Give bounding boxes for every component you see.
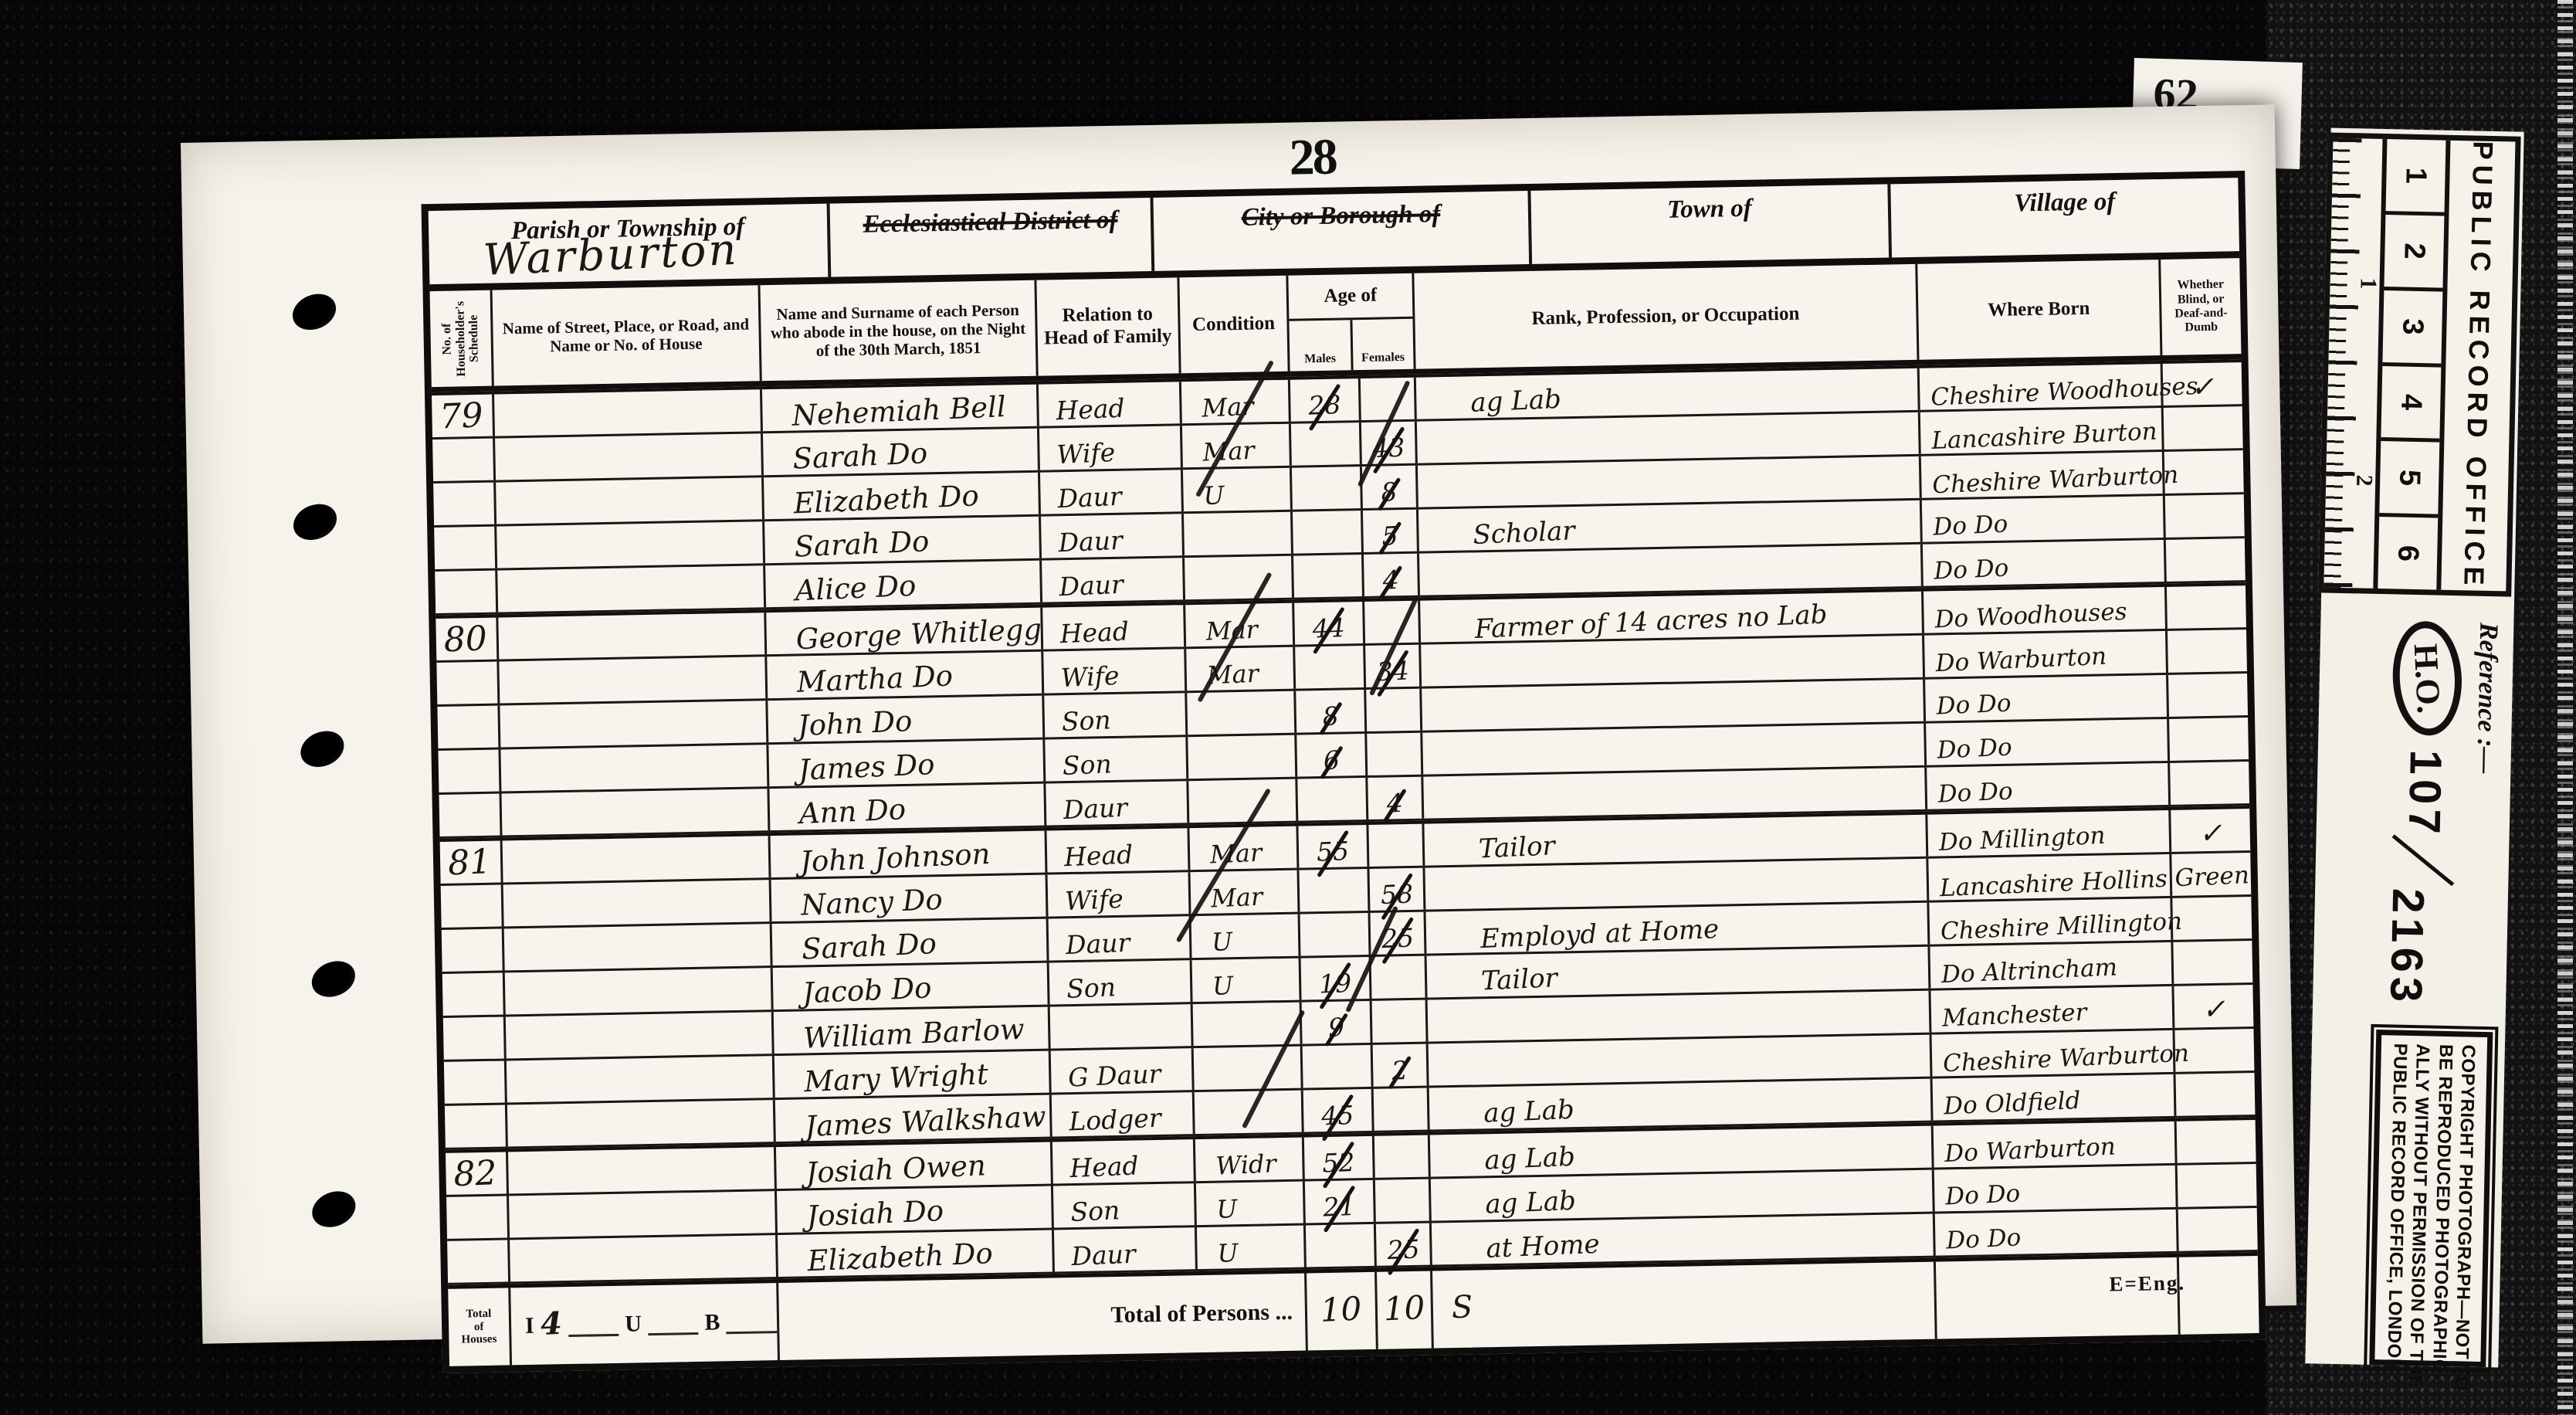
occupation-cell [1423, 768, 1927, 819]
person-name: James Walkshaw [805, 1102, 1047, 1144]
street-cell [496, 477, 764, 524]
schedule-cell: 79 [432, 395, 495, 437]
occupation-cell: Tailor [1424, 815, 1928, 866]
relation-value: Head [1063, 841, 1134, 873]
born-value: Cheshire Warburton [1932, 463, 2179, 501]
place-header-cell: Parish or Township of Warburton [429, 204, 832, 285]
street-cell [506, 1012, 774, 1058]
street-cell [501, 789, 770, 835]
schedule-number: 80 [443, 622, 488, 660]
born-value: Do Do [1937, 779, 2013, 809]
houses-count-cell: I 4 U B [510, 1283, 780, 1365]
person-name: Elizabeth Do [793, 481, 980, 521]
age-male-cell: 44 [1294, 602, 1365, 645]
occupation-cell: ag Lab [1430, 1126, 1934, 1177]
schedule-cell [434, 527, 497, 569]
name-cell: James Walkshaw [775, 1095, 1052, 1142]
name-cell: William Barlow [774, 1007, 1051, 1054]
schedule-cell [447, 1240, 510, 1282]
name-cell: Jacob Do [773, 963, 1050, 1010]
total-houses-line: Houses [461, 1333, 497, 1346]
column-condition-header: Condition [1179, 276, 1290, 374]
flourish-cell: S [1432, 1262, 1937, 1349]
total-males-cell: 10 [1307, 1272, 1378, 1351]
place-header-cell: Ecclesiastical District of [830, 198, 1155, 277]
person-name: Elizabeth Do [807, 1239, 994, 1278]
name-cell: Josiah Owen [776, 1142, 1053, 1189]
check-mark-cell: ✓ [2163, 362, 2242, 405]
relation-value: G Daur [1068, 1060, 1161, 1093]
person-name: Nancy Do [800, 885, 943, 923]
check-mark-cell [2165, 494, 2245, 538]
condition-cell: Widr [1195, 1138, 1305, 1182]
age-male-value: 9 [1327, 1014, 1345, 1043]
check-mark-cell [2169, 718, 2249, 761]
name-cell: Elizabeth Do [764, 473, 1041, 520]
street-cell [500, 745, 769, 791]
person-name: Sarah Do [792, 439, 928, 476]
schedule-cell [443, 1016, 507, 1059]
building-label: B [704, 1309, 720, 1335]
schedule-cell [435, 571, 498, 613]
punch-hole [287, 287, 342, 336]
uninhabited-label: U [625, 1311, 642, 1337]
check-mark-cell [2164, 406, 2243, 450]
person-name: Josiah Owen [805, 1151, 987, 1190]
person-name: John Do [797, 707, 913, 743]
street-cell [495, 433, 764, 480]
reference-stamp-row: H.O. 107 2163 [2379, 620, 2469, 1028]
ruler-tick-band: 1 2 [2323, 138, 2382, 589]
name-cell: John Do [768, 696, 1045, 743]
ruler-number-cell: 3 [2382, 290, 2442, 367]
relation-value: Son [1070, 1197, 1120, 1228]
age-male-cell: 6 [1296, 734, 1368, 777]
person-name: John Johnson [799, 840, 991, 879]
occupation-cell [1421, 636, 1925, 687]
relation-value: Son [1066, 974, 1117, 1005]
relation-value: Wife [1056, 439, 1116, 470]
ruler-number-cell: 2 [2384, 215, 2444, 291]
check-mark: ✓ [2198, 819, 2223, 851]
born-cell: Do Do [1923, 540, 2167, 586]
condition-value: U [1211, 929, 1232, 958]
person-name: Mary Wright [804, 1060, 989, 1099]
occupation-cell: Farmer of 14 acres no Lab [1420, 592, 1924, 643]
name-cell: Martha Do [767, 652, 1044, 699]
condition-value: U [1212, 973, 1233, 1002]
schedule-number: 79 [439, 399, 484, 437]
reference-label: Reference :— [2465, 623, 2503, 1030]
pro-strip-rotated-content: PUBLIC RECORD OFFICE 1 2 3 4 5 6 [2305, 128, 2523, 1368]
reference-divider [2392, 834, 2455, 886]
name-cell: Sarah Do [763, 429, 1040, 476]
born-cell: Manchester [1930, 986, 2174, 1033]
check-mark-cell [2170, 762, 2249, 805]
relation-cell [1050, 1004, 1194, 1048]
relation-cell: G Daur [1051, 1048, 1195, 1092]
condition-cell: U [1197, 1226, 1307, 1270]
check-mark-cell [2171, 853, 2251, 896]
age-female-cell [1371, 956, 1428, 999]
age-female-cell [1367, 733, 1423, 775]
condition-cell: Mar [1186, 647, 1296, 691]
schedule-cell: 82 [446, 1152, 509, 1194]
place-header-label: City or Borough of [1241, 200, 1440, 232]
age-female-cell [1374, 1135, 1431, 1178]
condition-value: U [1203, 483, 1225, 511]
condition-value: U [1216, 1196, 1238, 1225]
born-value: Cheshire Warburton [1943, 1042, 2190, 1080]
born-cell: Do Do [1925, 675, 2169, 721]
relation-cell: Wife [1043, 649, 1187, 693]
street-cell [503, 880, 772, 926]
relation-cell: Son [1053, 1183, 1197, 1227]
street-cell [497, 565, 766, 612]
column-age-header: Age of Males Females [1288, 273, 1415, 372]
schedule-cell [446, 1196, 510, 1238]
person-name: Sarah Do [794, 527, 930, 564]
total-houses-line: Total [466, 1308, 491, 1321]
relation-cell: Lodger [1052, 1092, 1195, 1136]
check-mark-cell [2173, 941, 2252, 984]
place-header-value: Warburton [483, 229, 740, 286]
name-cell: Elizabeth Do [778, 1230, 1055, 1277]
schedule-cell [437, 706, 500, 748]
street-cell [509, 1191, 778, 1237]
age-female-value: 4 [1386, 790, 1404, 819]
pro-reference-strip: PUBLIC RECORD OFFICE 1 2 3 4 5 6 [2305, 128, 2523, 1368]
check-mark-cell [2178, 1164, 2257, 1207]
inhabited-label: I [525, 1313, 534, 1339]
column-street-header: Name of Street, Place, or Road, and Name… [493, 285, 762, 385]
relation-value: Daur [1058, 528, 1124, 559]
person-name: William Barlow [803, 1015, 1025, 1056]
relation-cell: Head [1042, 605, 1186, 649]
age-male-cell [1293, 511, 1364, 554]
person-name: Jacob Do [802, 973, 932, 1010]
ho-stamp: H.O. [2390, 619, 2464, 738]
occupation-cell [1428, 991, 1932, 1042]
relation-value: Head [1059, 619, 1130, 650]
schedule-cell [439, 794, 503, 836]
age-female-cell: 8 [1362, 466, 1418, 508]
schedule-number: 81 [447, 845, 492, 884]
age-female-value: 25 [1386, 1236, 1420, 1266]
column-disability-header: Whether Blind, or Deaf-and-Dumb [2161, 258, 2241, 355]
person-name: James Do [798, 750, 935, 788]
age-female-value: 2 [1391, 1057, 1409, 1087]
ruler-number-cell: 5 [2379, 441, 2439, 517]
total-persons-label: Total of Persons ... [778, 1274, 1308, 1361]
age-male-cell: 45 [1303, 1089, 1374, 1132]
inch-number: 1 [2354, 277, 2381, 290]
age-female-value: 4 [1382, 567, 1400, 596]
born-value: Do Do [1937, 735, 2012, 765]
condition-value: Mar [1210, 884, 1263, 914]
age-male-cell: 55 [1298, 825, 1369, 868]
street-cell [498, 612, 767, 659]
relation-value: Wife [1060, 663, 1120, 694]
pen-flourish: S [1451, 1291, 1473, 1326]
check-mark-cell [2178, 1208, 2258, 1251]
ruler-number: 6 [2391, 545, 2425, 562]
ruler-number-cell: 4 [2381, 366, 2441, 443]
census-page: 28 Parish or Township of Warburton Eccle… [181, 104, 2296, 1343]
check-mark: ✓ [2190, 373, 2215, 405]
relation-value: Daur [1071, 1241, 1137, 1273]
punch-hole [307, 955, 361, 1003]
condition-value: Widr [1215, 1151, 1277, 1181]
column-occupation-header: Rank, Profession, or Occupation [1414, 264, 1919, 369]
relation-cell: Son [1044, 693, 1188, 737]
born-cell: Do Altrincham [1930, 942, 2174, 989]
occupation-cell: at Home [1432, 1214, 1936, 1265]
condition-cell [1184, 512, 1293, 556]
born-value: Do Do [1936, 691, 2012, 721]
column-relation-header: Relation to Head of Family [1036, 277, 1181, 375]
street-cell [499, 657, 768, 703]
schedule-cell [442, 972, 506, 1015]
age-male-cell [1292, 467, 1363, 510]
age-male-cell [1299, 869, 1370, 912]
born-cell: Do Oldfield [1933, 1074, 2177, 1121]
rule-line [568, 1313, 619, 1336]
condition-cell [1185, 556, 1294, 600]
schedule-cell [444, 1060, 507, 1103]
occupation-cell [1422, 680, 1926, 731]
occupation-cell: ag Lab [1429, 1079, 1934, 1130]
inch-number: 2 [2351, 474, 2377, 487]
person-name: Sarah Do [801, 929, 937, 966]
age-male-cell [1291, 422, 1362, 466]
ruler-number: 2 [2398, 243, 2431, 260]
punch-hole [307, 1185, 361, 1233]
age-female-cell [1366, 689, 1422, 731]
street-cell [504, 924, 773, 970]
street-cell [505, 968, 774, 1014]
age-male-value: 44 [1312, 615, 1346, 645]
schedule-cell [436, 662, 500, 704]
born-cell: Do Woodhouses [1924, 587, 2168, 633]
condition-cell [1188, 735, 1297, 779]
age-of-label: Age of [1288, 273, 1412, 321]
born-value: Do Altrincham [1940, 955, 2117, 990]
age-female-cell: 25 [1376, 1223, 1432, 1266]
born-cell: Cheshire Millington [1929, 898, 2173, 945]
street-cell [503, 836, 771, 882]
occupation-value: ag Lab [1485, 1188, 1577, 1221]
age-male-cell: 21 [1305, 1180, 1376, 1223]
age-male-value: 21 [1323, 1193, 1357, 1223]
street-cell [497, 521, 765, 568]
born-cell: Do Do [1922, 496, 2166, 542]
age-male-cell [1297, 778, 1368, 821]
occupation-cell [1419, 545, 1924, 596]
person-name: Alice Do [795, 572, 917, 609]
occupation-value: at Home [1486, 1231, 1601, 1265]
born-value: Do Do [1946, 1226, 2022, 1256]
reference-piece-number: 107 [2398, 749, 2452, 839]
relation-value: Daur [1059, 572, 1124, 603]
place-header-cell: City or Borough of [1153, 191, 1532, 271]
relation-cell: Head [1052, 1139, 1196, 1183]
copyright-notice-box: COPYRIGHT PHOTOGRAPH—NOT TO BE REPRODUCE… [2369, 1030, 2493, 1367]
age-male-cell [1303, 1045, 1374, 1088]
age-male-cell: 52 [1304, 1136, 1375, 1179]
total-males-value: 10 [1320, 1293, 1362, 1330]
born-cell: Do Do [1934, 1166, 2178, 1212]
relation-value: Daur [1057, 484, 1123, 515]
born-cell: Cheshire Woodhouses [1920, 364, 2164, 410]
born-cell: Do Do [1926, 719, 2170, 765]
occupation-cell [1429, 1035, 1933, 1086]
age-male-cell [1293, 555, 1364, 598]
schedule-cell [441, 884, 504, 927]
occupation-value: ag Lab [1484, 1144, 1576, 1177]
place-header-label: Village of [2014, 188, 2116, 217]
age-female-value: 8 [1381, 479, 1398, 508]
check-mark-cell: ✓ [2171, 809, 2250, 852]
condition-cell: Mar [1182, 424, 1292, 468]
condition-cell [1188, 779, 1298, 823]
condition-cell: U [1196, 1182, 1306, 1226]
film-edge-marks [2557, 0, 2573, 1415]
relation-cell: Daur [1041, 514, 1185, 558]
schedule-cell [438, 750, 501, 792]
check-mark: ✓ [2201, 996, 2226, 1027]
photograph-background: 62 28 Parish or Township of Warburton Ec… [0, 0, 2576, 1415]
schedule-cell [432, 439, 496, 481]
total-females-value: 10 [1383, 1291, 1425, 1328]
place-header-label: Town of [1667, 195, 1752, 224]
born-value: Cheshire Millington [1940, 910, 2182, 947]
age-male-value: 6 [1323, 747, 1341, 776]
name-cell: Mary Wright [774, 1051, 1052, 1098]
occupation-value: Tailor [1478, 833, 1555, 865]
street-cell [494, 389, 763, 436]
born-value: Lancashire Burton [1931, 420, 2158, 456]
column-name-header: Name and Surname of each Person who abod… [760, 280, 1038, 382]
name-cell: John Johnson [771, 831, 1048, 878]
born-value: Do Do [1945, 1182, 2021, 1212]
born-cell: Cheshire Warburton [1921, 452, 2165, 498]
schedule-number: 82 [453, 1156, 498, 1195]
relation-value: Daur [1063, 795, 1128, 826]
condition-value: U [1217, 1240, 1239, 1269]
check-mark-cell [2177, 1120, 2256, 1163]
relation-cell: Son [1045, 737, 1188, 781]
name-cell: Sarah Do [772, 919, 1049, 966]
relation-cell: Wife [1039, 426, 1183, 470]
born-value: Do Warburton [1935, 645, 2107, 679]
check-mark-cell [2167, 585, 2246, 629]
column-schedule-label: No. of Householder's Schedule [439, 300, 482, 377]
relation-cell: Head [1046, 828, 1190, 872]
occupation-cell: Tailor [1427, 947, 1931, 998]
occupation-value: Employd at Home [1480, 916, 1720, 955]
table-body: 79 Nehemiah Bell Head Mar 28 ag Lab Ches… [432, 359, 2258, 1285]
age-female-cell: 4 [1364, 554, 1420, 596]
name-cell: Nehemiah Bell [762, 385, 1039, 432]
name-cell: Ann Do [769, 784, 1046, 831]
age-male-cell: 9 [1302, 1001, 1373, 1044]
condition-cell: U [1191, 914, 1301, 959]
total-houses-label: Total of Houses [448, 1288, 512, 1366]
age-male-value: 19 [1318, 970, 1352, 1000]
age-male-cell [1295, 646, 1366, 689]
person-name: George Whitlegg [795, 615, 1042, 657]
relation-value: Son [1062, 751, 1112, 782]
age-female-cell: 2 [1373, 1044, 1429, 1087]
street-cell [510, 1235, 778, 1281]
occupation-value: Scholar [1473, 517, 1576, 551]
born-value: Manchester [1941, 1001, 2087, 1034]
punch-hole [288, 497, 343, 546]
rule-line [726, 1311, 777, 1334]
ruler-number: 1 [2399, 167, 2432, 184]
total-houses-line: of [474, 1321, 484, 1334]
born-value: Do Warburton [1944, 1135, 2117, 1169]
age-female-cell: 5 [1363, 510, 1419, 552]
age-male-value: 52 [1322, 1149, 1356, 1179]
pro-office-title: PUBLIC RECORD OFFICE [2436, 141, 2515, 592]
age-female-value: 5 [1381, 523, 1399, 552]
age-female-cell [1372, 1000, 1429, 1043]
condition-cell: Mar [1181, 380, 1291, 424]
relation-cell: Daur [1046, 781, 1189, 825]
occupation-value: ag Lab [1470, 386, 1562, 419]
born-cell: Do Warburton [1934, 1121, 2178, 1168]
occupation-cell [1425, 859, 1929, 910]
born-cell: Lancashire Burton [1920, 408, 2164, 454]
punch-hole [295, 724, 350, 773]
name-cell: Josiah Do [777, 1186, 1054, 1233]
name-cell: James Do [768, 740, 1046, 787]
ruler-number-cell: 6 [2378, 517, 2438, 589]
occupation-cell: ag Lab [1431, 1170, 1935, 1221]
born-cell: Do Millington [1927, 810, 2171, 857]
born-value: Do Do [1933, 513, 2008, 543]
relation-value: Son [1061, 707, 1111, 738]
relation-value: Wife [1064, 886, 1124, 917]
age-female-cell [1374, 1088, 1430, 1131]
street-cell [507, 1100, 776, 1146]
check-mark-cell [2168, 629, 2247, 673]
born-cell: Cheshire Warburton [1932, 1030, 2176, 1077]
registration-code: E=Eng. [2109, 1271, 2185, 1297]
born-value: Do Oldfield [1944, 1089, 2082, 1122]
column-schedule-header: No. of Householder's Schedule [430, 290, 494, 387]
person-name: Josiah Do [806, 1196, 944, 1234]
age-female-cell [1368, 824, 1425, 867]
check-mark-cell: ✓ [2174, 985, 2253, 1028]
schedule-cell: 80 [436, 618, 499, 660]
schedule-cell [445, 1105, 508, 1147]
name-cell: George Whitlegg [766, 608, 1043, 655]
person-name: Martha Do [796, 661, 954, 700]
age-males-label: Males [1289, 320, 1353, 371]
reference-item-number: 2163 [2380, 887, 2434, 1006]
reference-section: Reference :— H.O. 107 2163 [2379, 594, 2514, 1029]
age-female-cell: 58 [1369, 868, 1425, 911]
place-header-cell: Town of [1530, 184, 1892, 264]
age-male-value: 45 [1321, 1102, 1355, 1132]
condition-cell [1194, 1047, 1303, 1091]
check-mark-cell [2164, 450, 2244, 494]
check-mark-cell [2174, 1029, 2254, 1072]
schedule-cell: 81 [440, 840, 503, 883]
